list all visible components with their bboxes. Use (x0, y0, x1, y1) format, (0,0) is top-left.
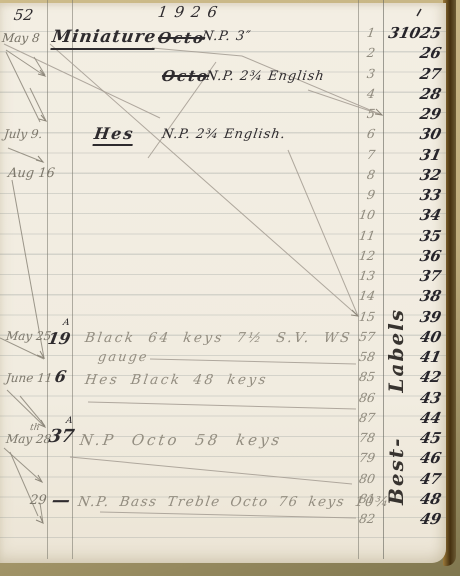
pencil-number: 10 (352, 205, 379, 225)
date-superscript: th (29, 423, 40, 433)
pencil-number: 2 (352, 43, 379, 63)
scanned-ledger-page: 52 1926 May 8 Miniature Octo N.P. 3″ Oct… (0, 0, 460, 576)
date-label: July 9. (3, 127, 43, 141)
date-label: May 25 (5, 329, 52, 343)
pencil-number: 1 (352, 23, 379, 43)
entry-text: Hes Black 48 keys (84, 372, 269, 388)
pencil-number: 80 (352, 469, 379, 489)
ink-number: 26 (384, 43, 446, 63)
vertical-annotation-word: Labels (384, 308, 408, 393)
pencil-number: 86 (352, 388, 379, 408)
pencil-number: 3 (352, 64, 379, 84)
entry-text: N.P Octo 58 keys (79, 431, 284, 449)
vertical-annotation: Best-Labels (384, 173, 408, 505)
date-label: June 11 (5, 371, 53, 385)
pencil-number: 78 (352, 428, 379, 448)
vertical-annotation-word: Best- (384, 437, 408, 505)
pencil-number: 81 (352, 489, 379, 509)
date-label: May 28 (5, 432, 52, 446)
ink-number: 49 (384, 509, 446, 529)
date-label: 29 (29, 493, 47, 508)
date-label: May 8 (1, 31, 40, 45)
pencil-number: 6 (352, 124, 379, 144)
entry-word: N.P. 2¾ English (205, 69, 326, 84)
pencil-number: 14 (352, 286, 379, 306)
margin-rule-inner (72, 0, 73, 559)
ink-number: 31025 (384, 23, 446, 43)
ink-number: 28 (384, 84, 446, 104)
pencil-number: 82 (352, 509, 379, 529)
reference-dash: — (50, 490, 72, 511)
entry-word: Miniature (50, 27, 157, 50)
entry-word: Octo (157, 29, 207, 47)
pencil-number: 7 (352, 145, 379, 165)
ink-number: 29 (384, 104, 446, 124)
entry-word: N.P. 2¾ English. (161, 127, 287, 142)
pencil-number: 57 (352, 327, 379, 347)
margin-rule-left (47, 0, 48, 559)
pencil-number: 12 (352, 246, 379, 266)
year-label: 1926 (157, 3, 226, 21)
pencil-number: 87 (352, 408, 379, 428)
ink-number: 27 (384, 64, 446, 84)
entry-word: Octo (161, 67, 211, 85)
page-number: 52 (13, 6, 35, 24)
pencil-number: 11 (352, 226, 379, 246)
pencil-number: 13 (352, 266, 379, 286)
pencil-number: 4 (352, 84, 379, 104)
entry-text: Black 64 keys 7½ S.V. WS (84, 330, 353, 346)
pencil-number: 85 (352, 367, 379, 387)
entry-word: Hes (92, 124, 135, 146)
pencil-number-column: 1234567891011121314155758858687787980818… (354, 23, 378, 529)
entry-word: N.P. 3″ (201, 29, 252, 44)
pencil-number: 8 (352, 165, 379, 185)
pencil-number: 5 (352, 104, 379, 124)
reference-superscript: A (65, 416, 73, 426)
ink-number: 30 (384, 124, 446, 144)
reference-number: 37 (47, 426, 76, 447)
reference-superscript: A (62, 318, 70, 328)
reference-number: 19 (46, 329, 72, 348)
ink-number: 31 (384, 145, 446, 165)
pencil-number: 58 (352, 347, 379, 367)
entry-text: N.P. Bass Treble Octo 76 keys 10¾ (77, 494, 391, 510)
ruled-lines (0, 31, 446, 555)
date-label: Aug 16 (7, 166, 55, 181)
pencil-number: 79 (352, 448, 379, 468)
pencil-number: 15 (352, 307, 379, 327)
entry-text: gauge (97, 350, 150, 365)
pencil-number: 9 (352, 185, 379, 205)
